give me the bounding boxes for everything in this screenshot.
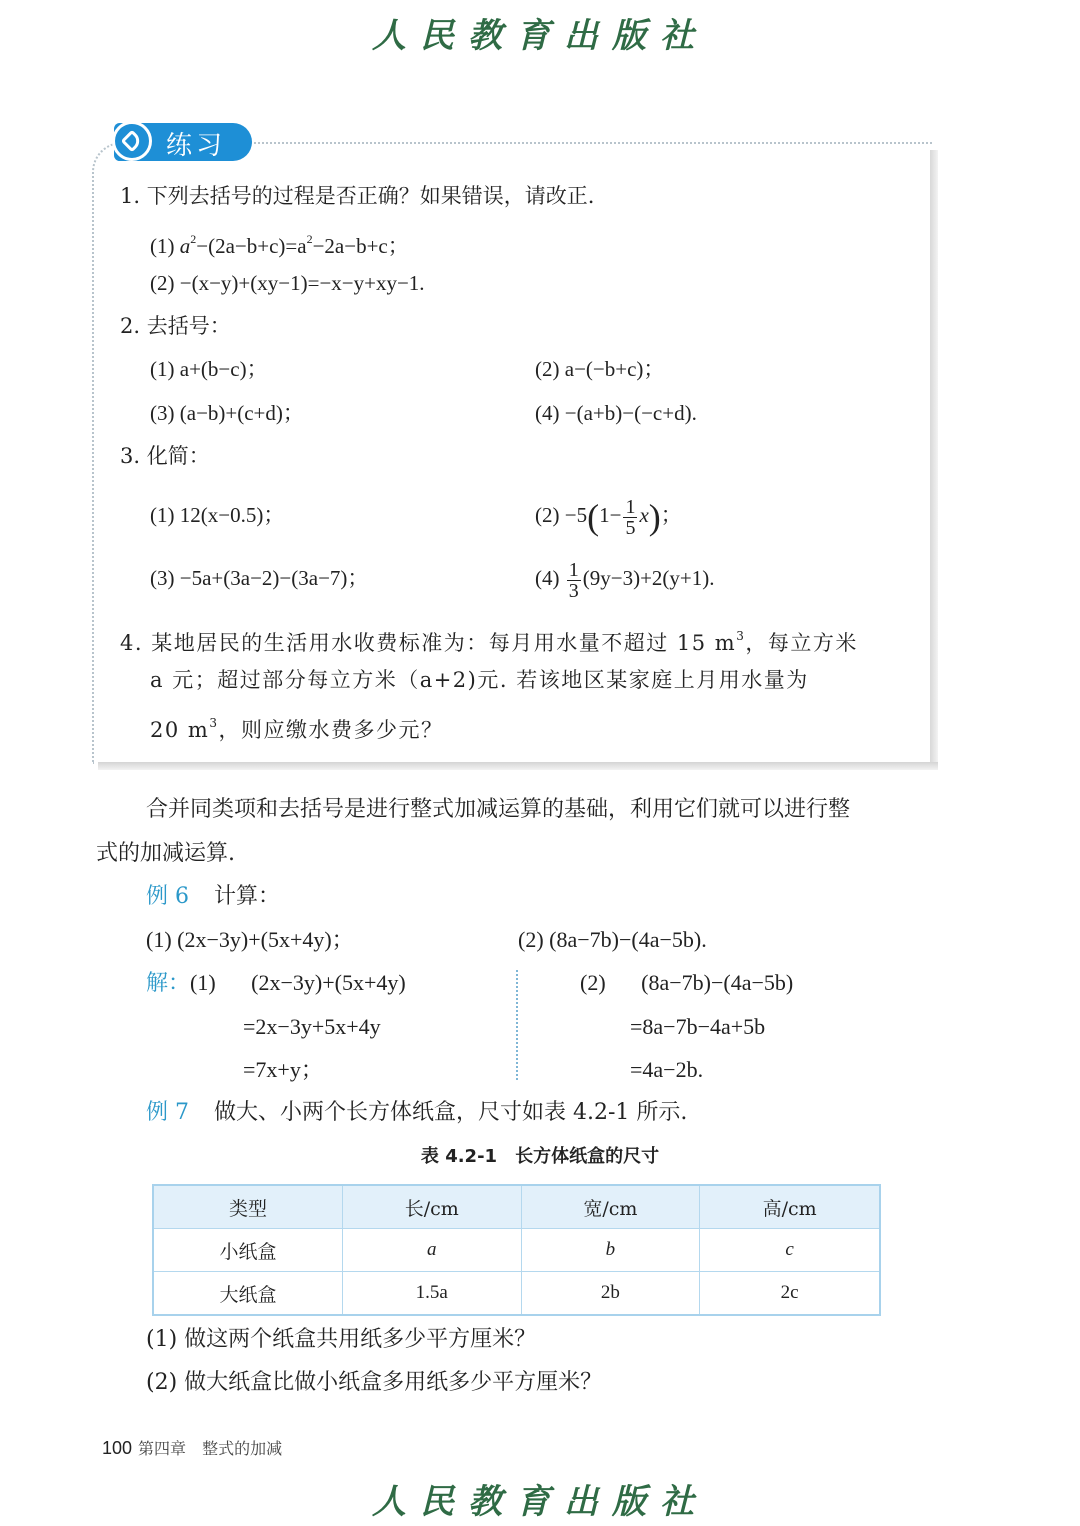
right-paren: ) bbox=[649, 497, 661, 537]
expr-part: −5 bbox=[565, 503, 587, 527]
table-cell: 2c bbox=[700, 1272, 880, 1316]
table-header: 高/cm bbox=[700, 1185, 880, 1229]
table-row: 大纸盒 1.5a 2b 2c bbox=[153, 1272, 880, 1316]
question-3-item-1: (1) 12(x−0.5)； bbox=[150, 500, 284, 530]
fraction-numerator: 1 bbox=[567, 560, 581, 581]
solution-divider bbox=[516, 970, 518, 1080]
solution-step: (8a−7b)−(4a−5b) bbox=[641, 970, 793, 995]
publisher-logo-top: 人民教育出版社 bbox=[0, 8, 1080, 57]
solution-step: (2x−3y)+(5x+4y) bbox=[251, 970, 406, 995]
fraction-denominator: 3 bbox=[567, 581, 581, 601]
question-2-item-2: (2) a−(−b+c)； bbox=[535, 354, 664, 384]
item-number: (1) bbox=[150, 357, 175, 381]
table-header-row: 类型 长/cm 宽/cm 高/cm bbox=[153, 1185, 880, 1229]
expr: −(x−y)+(xy−1)=−x−y+xy−1. bbox=[180, 271, 425, 295]
expr-part: ； bbox=[661, 503, 682, 527]
example-6-heading: 例 6 计算： bbox=[146, 882, 280, 912]
item-number: (1) bbox=[150, 234, 175, 258]
expr-part: −(2a−b+c)=a bbox=[196, 234, 306, 258]
exercise-tag: 练习 bbox=[114, 123, 252, 161]
table-row: 小纸盒 a b c bbox=[153, 1229, 880, 1272]
question-2-item-3: (3) (a−b)+(c+d)； bbox=[150, 398, 304, 428]
example-stem: 做大、小两个长方体纸盒，尺寸如表 4.2-1 所示. bbox=[214, 1100, 687, 1125]
superscript: 3 bbox=[736, 629, 745, 643]
dimensions-table: 类型 长/cm 宽/cm 高/cm 小纸盒 a b c 大纸盒 1.5a 2b … bbox=[152, 1184, 881, 1316]
expr-part: x bbox=[639, 503, 648, 527]
solution-2-line-3: =4a−2b. bbox=[630, 1055, 703, 1085]
question-2-item-1: (1) a+(b−c)； bbox=[150, 354, 268, 384]
question-2-item-4: (4) −(a+b)−(−c+d). bbox=[535, 398, 697, 428]
item-number: (2) bbox=[535, 503, 560, 527]
text-part: 20 m bbox=[150, 718, 209, 742]
solution-2-line-1: (2) (8a−7b)−(4a−5b) bbox=[580, 968, 793, 998]
example-7-heading: 例 7 做大、小两个长方体纸盒，尺寸如表 4.2-1 所示. bbox=[146, 1098, 687, 1128]
expr-part: −2a−b+c； bbox=[313, 234, 409, 258]
item-number: (2) bbox=[580, 970, 606, 995]
expr: a−(−b+c)； bbox=[565, 357, 665, 381]
publisher-logo-bottom: 人民教育出版社 bbox=[0, 1474, 1080, 1523]
table-header: 长/cm bbox=[342, 1185, 521, 1229]
expr: −5a+(3a−2)−(3a−7)； bbox=[180, 566, 369, 590]
example-label: 例 7 bbox=[146, 1100, 189, 1125]
chapter-label: 第四章 bbox=[138, 1439, 186, 1458]
question-4-line-2: a 元；超过部分每立方米（a+2)元. 若该地区某家庭上月用水量为 bbox=[150, 665, 809, 695]
expr-part: a bbox=[180, 234, 191, 258]
solution-1-line-1: 解：(1) (2x−3y)+(5x+4y) bbox=[146, 968, 406, 998]
solution-label: 解： bbox=[146, 970, 190, 995]
item-number: (3) bbox=[150, 401, 175, 425]
table-cell: 2b bbox=[521, 1272, 700, 1316]
text-part: ，每立方米 bbox=[745, 631, 858, 655]
text-part: 4. 某地居民的生活用水收费标准为：每月用水量不超过 15 m bbox=[120, 631, 736, 655]
question-3-item-2: (2) −5(1−15x)； bbox=[535, 492, 682, 538]
fraction-numerator: 1 bbox=[623, 497, 637, 518]
solution-2-line-2: =8a−7b−4a+5b bbox=[630, 1012, 765, 1042]
table-header: 类型 bbox=[153, 1185, 342, 1229]
item-number: (1) bbox=[190, 970, 216, 995]
exercise-box-shadow bbox=[930, 150, 938, 768]
item-number: (4) bbox=[535, 401, 560, 425]
example-7-question-2: (2) 做大纸盒比做小纸盒多用纸多少平方厘米？ bbox=[146, 1368, 602, 1398]
item-number: (3) bbox=[150, 566, 175, 590]
solution-1-line-2: =2x−3y+5x+4y bbox=[243, 1012, 381, 1042]
question-1-item-1: (1) a2−(2a−b+c)=a2−2a−b+c； bbox=[150, 224, 409, 261]
expr: −(a+b)−(−c+d). bbox=[565, 401, 697, 425]
question-1-item-2: (2) −(x−y)+(xy−1)=−x−y+xy−1. bbox=[150, 268, 425, 298]
expr-part: (9y−3)+2(y+1). bbox=[583, 566, 715, 590]
question-2-stem: 2. 去括号： bbox=[120, 311, 231, 341]
item-number: (1) bbox=[150, 503, 175, 527]
chapter-title: 整式的加减 bbox=[202, 1439, 282, 1458]
question-3-stem: 3. 化简： bbox=[120, 441, 210, 471]
example-label: 例 6 bbox=[146, 884, 189, 909]
fraction: 13 bbox=[567, 560, 581, 601]
example-7-question-1: (1) 做这两个纸盒共用纸多少平方厘米？ bbox=[146, 1325, 536, 1355]
exercise-box-shadow bbox=[98, 762, 938, 770]
example-6-question-2: (2) (8a−7b)−(4a−5b). bbox=[518, 925, 707, 955]
item-number: (4) bbox=[535, 566, 560, 590]
exercise-tag-label: 练习 bbox=[166, 125, 226, 162]
left-paren: ( bbox=[587, 497, 599, 537]
example-stem: 计算： bbox=[214, 884, 280, 909]
table-cell: 1.5a bbox=[342, 1272, 521, 1316]
expr-part: 1− bbox=[599, 503, 621, 527]
intro-line-1: 合并同类项和去括号是进行整式加减运算的基础，利用它们就可以进行整 bbox=[146, 795, 850, 825]
question-4-line-3: 20 m3，则应缴水费多少元？ bbox=[150, 708, 443, 745]
question-1-stem: 1. 下列去括号的过程是否正确？如果错误，请改正. bbox=[120, 181, 594, 211]
pencil-badge-icon bbox=[112, 121, 152, 161]
text-part: ，则应缴水费多少元？ bbox=[218, 718, 443, 742]
page-number: 100 bbox=[102, 1438, 132, 1458]
solution-1-line-3: =7x+y； bbox=[243, 1055, 323, 1085]
expr: 12(x−0.5)； bbox=[180, 503, 285, 527]
table-cell: c bbox=[700, 1229, 880, 1272]
fraction-denominator: 5 bbox=[623, 518, 637, 538]
item-number: (2) bbox=[535, 357, 560, 381]
expr: (a−b)+(c+d)； bbox=[180, 401, 304, 425]
table-cell: b bbox=[521, 1229, 700, 1272]
table-cell: a bbox=[342, 1229, 521, 1272]
fraction: 15 bbox=[623, 497, 637, 538]
table-cell: 大纸盒 bbox=[153, 1272, 342, 1316]
intro-line-2: 式的加减运算. bbox=[96, 839, 235, 869]
table-cell: 小纸盒 bbox=[153, 1229, 342, 1272]
question-4-line-1: 4. 某地居民的生活用水收费标准为：每月用水量不超过 15 m3，每立方米 bbox=[120, 621, 858, 658]
expr: a+(b−c)； bbox=[180, 357, 268, 381]
example-6-question-1: (1) (2x−3y)+(5x+4y)； bbox=[146, 925, 354, 955]
item-number: (2) bbox=[150, 271, 175, 295]
page-footer: 100第四章整式的加减 bbox=[102, 1436, 282, 1459]
question-3-item-4: (4) 13(9y−3)+2(y+1). bbox=[535, 555, 715, 601]
table-caption: 表 4.2-1 长方体纸盒的尺寸 bbox=[0, 1142, 1080, 1168]
table-header: 宽/cm bbox=[521, 1185, 700, 1229]
question-3-item-3: (3) −5a+(3a−2)−(3a−7)； bbox=[150, 563, 368, 593]
